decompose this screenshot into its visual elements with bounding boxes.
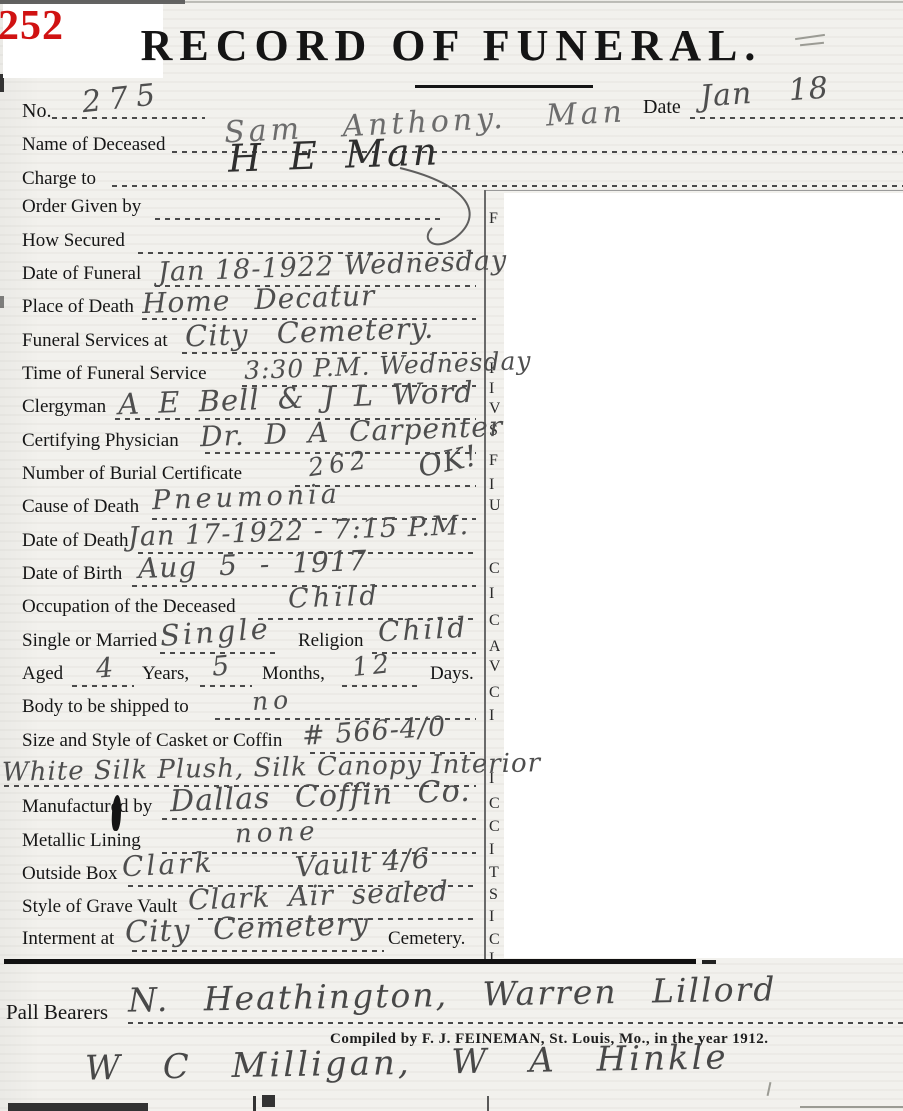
column-top-rule — [484, 190, 903, 191]
charge-to-label: Charge to — [22, 168, 96, 190]
religion-value: Child — [377, 614, 469, 647]
bottom-edge-bar — [8, 1103, 148, 1111]
pall-bearers-value2: W C Milligan, W A Hinkle — [85, 1040, 729, 1085]
field-row-aged: Aged 4 Years, 5 Months, 12 Days. — [0, 663, 903, 697]
form-title: RECORD OF FUNERAL. — [0, 20, 903, 71]
aged-years-unit: Years, — [142, 663, 189, 685]
burial-certificate-label: Number of Burial Certificate — [22, 463, 242, 485]
aged-days-value: 12 — [351, 651, 395, 681]
aged-years-value: 4 — [95, 654, 115, 682]
no-line — [52, 117, 205, 119]
aged-days-unit: Days. — [430, 663, 474, 685]
name-of-deceased-label: Name of Deceased — [22, 134, 165, 156]
field-row-single-or-married: Single or Married Single Religion Child — [0, 630, 903, 664]
manufactured-by-value: Dallas Coffin Co. — [170, 777, 472, 817]
field-row-body-shipped-to: Body to be shipped to no — [0, 696, 903, 730]
metallic-lining-label: Metallic Lining — [22, 830, 141, 852]
date-of-funeral-label: Date of Funeral — [22, 263, 141, 285]
aged-months-unit: Months, — [262, 663, 325, 685]
no-value: 275 — [81, 80, 165, 118]
time-of-funeral-service-label: Time of Funeral Service — [22, 363, 207, 385]
how-secured-label: How Secured — [22, 230, 125, 252]
date-line — [690, 117, 903, 119]
funeral-services-at-value: City Cemetery. — [185, 314, 435, 352]
casket-label: Size and Style of Casket or Coffin — [22, 730, 282, 752]
field-row-place-of-death: Place of Death Home Decatur — [0, 296, 903, 330]
section-divider-rule — [4, 959, 696, 964]
outside-box-label: Outside Box — [22, 863, 118, 885]
manufactured-by-label: Manufactured by — [22, 796, 152, 818]
field-row-date-of-birth: Date of Birth Aug 5 - 1917 — [0, 563, 903, 597]
aged-label: Aged — [22, 663, 63, 685]
occupation-label: Occupation of the Deceased — [22, 596, 236, 618]
field-row-date-of-death: Date of Death Jan 17-1922 - 7:15 P.M. — [0, 530, 903, 564]
interment-label: Interment at — [22, 928, 114, 950]
date-of-birth-value: Aug 5 - 1917 — [138, 547, 368, 583]
title-underline — [415, 85, 593, 88]
interment-line — [132, 950, 384, 952]
body-shipped-to-label: Body to be shipped to — [22, 696, 189, 718]
single-or-married-label: Single or Married — [22, 630, 157, 652]
order-given-by-label: Order Given by — [22, 196, 141, 218]
charge-value: H E Man — [227, 132, 440, 177]
place-of-death-label: Place of Death — [22, 296, 134, 318]
funeral-record-scan: 252 RECORD OF FUNERAL. No. 275 Date Jan … — [0, 0, 903, 1111]
field-row-manufactured-by: Manufactured by Dallas Coffin Co. — [0, 796, 903, 830]
date-label: Date — [643, 96, 681, 119]
bottom-edge-tick — [253, 1096, 256, 1111]
outside-box-value: Clark — [121, 849, 215, 882]
no-label: No. — [22, 100, 51, 123]
bottom-edge-paren-mark — [767, 1082, 772, 1096]
charge-line — [112, 185, 903, 187]
cause-of-death-value: Pneumonia — [152, 481, 342, 515]
scan-top-edge-light — [185, 1, 903, 3]
aged-months-line — [200, 685, 252, 687]
field-row-date-of-funeral: Date of Funeral Jan 18-1922 Wednesday — [0, 263, 903, 297]
religion-label: Religion — [298, 630, 363, 652]
body-shipped-to-value: no — [251, 687, 293, 714]
place-of-death-value: Home Decatur — [142, 282, 376, 318]
bottom-edge-blob — [262, 1095, 275, 1107]
casket-value: # 566-4/0 — [301, 713, 447, 750]
pall-bearers-value: N. Heathington, Warren Lillord — [128, 972, 777, 1016]
metallic-lining-value: none — [235, 819, 320, 848]
bottom-edge-line — [487, 1096, 489, 1111]
field-row-burial-certificate: Number of Burial Certificate 262 OK! — [0, 463, 903, 497]
field-row-outside-box: Outside Box Clark Vault 4/6 — [0, 863, 903, 897]
clergyman-label: Clergyman — [22, 396, 106, 418]
date-of-death-label: Date of Death — [22, 530, 129, 552]
bottom-edge-faint-line — [800, 1106, 903, 1108]
section-divider-rule-tick — [702, 960, 716, 964]
aged-months-value: 5 — [211, 652, 231, 680]
burial-certificate-value: 262 — [307, 447, 373, 480]
occupation-value: Child — [288, 582, 381, 612]
field-row-interment: Interment at City Cemetery Cemetery. — [0, 928, 903, 962]
certifying-physician-label: Certifying Physician — [22, 430, 179, 452]
date-of-birth-label: Date of Birth — [22, 563, 122, 585]
pall-bearers-line — [128, 1022, 903, 1024]
cause-of-death-label: Cause of Death — [22, 496, 139, 518]
field-row-order-given-by: Order Given by — [0, 196, 903, 230]
aged-days-line — [342, 685, 422, 687]
funeral-services-at-label: Funeral Services at — [22, 330, 168, 352]
order-given-by-line — [155, 218, 445, 220]
pall-bearers-label: Pall Bearers — [6, 1000, 108, 1025]
interment-suffix-label: Cemetery. — [388, 928, 465, 950]
date-value: Jan 18 — [699, 74, 830, 113]
interment-value: City Cemetery — [125, 910, 370, 949]
aged-years-line — [72, 685, 134, 687]
single-or-married-value: Single — [159, 614, 272, 651]
